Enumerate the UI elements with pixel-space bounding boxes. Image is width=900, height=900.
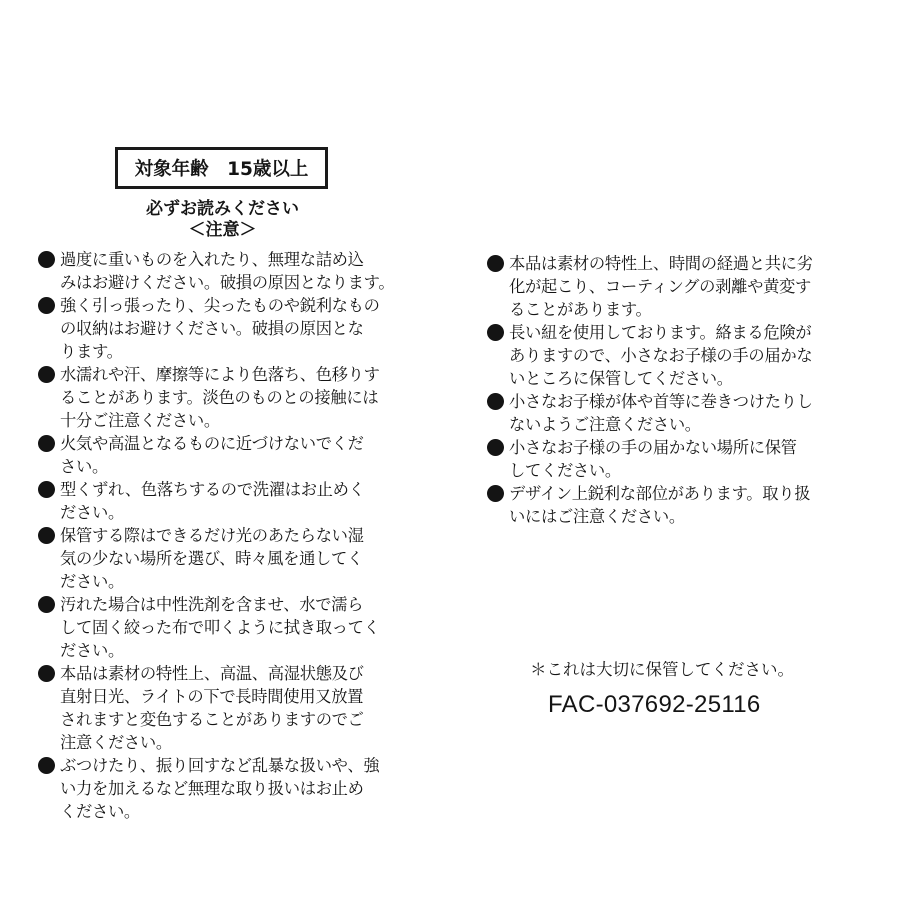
caution-line: 本品は素材の特性上、時間の経過と共に劣 [509,252,865,275]
caution-line: ぶつけたり、振り回すなど乱暴な扱いや、強 [60,754,423,777]
caution-line: 過度に重いものを入れたり、無理な詰め込 [60,248,423,271]
caution-heading: ＜注意＞ [100,219,345,241]
caution-item: 強く引っ張ったり、尖ったものや鋭利なもの の収納はお避けください。破損の原因とな… [38,294,423,363]
bullet-icon [38,665,55,682]
caution-line: ることがあります。淡色のものとの接触には [60,386,423,409]
caution-item: デザイン上鋭利な部位があります。取り扱 いにはご注意ください。 [487,482,865,528]
caution-line: 強く引っ張ったり、尖ったものや鋭利なもの [60,294,423,317]
caution-line: い力を加えるなど無理な取り扱いはお止め [60,777,423,800]
caution-line: 保管する際はできるだけ光のあたらない湿 [60,524,423,547]
caution-line: されますと変色することがありますのでご [60,708,423,731]
caution-item: 汚れた場合は中性洗剤を含ませ、水で濡ら して固く絞った布で叩くように拭き取ってく… [38,593,423,662]
caution-item: ぶつけたり、振り回すなど乱暴な扱いや、強 い力を加えるなど無理な取り扱いはお止め… [38,754,423,823]
caution-line: いにはご注意ください。 [509,505,865,528]
bullet-icon [487,255,504,272]
caution-item: 保管する際はできるだけ光のあたらない湿 気の少ない場所を選び、時々風を通してく … [38,524,423,593]
caution-line: 十分ご注意ください。 [60,409,423,432]
caution-item: 火気や高温となるものに近づけないでくだ さい。 [38,432,423,478]
caution-line: さい。 [60,455,423,478]
caution-item: 小さなお子様が体や首等に巻きつけたりし ないようご注意ください。 [487,390,865,436]
caution-line: 本品は素材の特性上、高温、高湿状態及び [60,662,423,685]
caution-line: してください。 [509,459,865,482]
caution-line: ります。 [60,340,423,363]
bullet-icon [38,527,55,544]
caution-item: 本品は素材の特性上、時間の経過と共に劣 化が起こり、コーティングの剥離や黄変す … [487,252,865,321]
caution-line: 注意ください。 [60,731,423,754]
bullet-icon [38,297,55,314]
caution-line: ることがあります。 [509,298,865,321]
caution-item: 本品は素材の特性上、高温、高湿状態及び 直射日光、ライトの下で長時間使用又放置 … [38,662,423,754]
bullet-icon [487,485,504,502]
product-code: FAC-037692-25116 [548,690,761,720]
caution-line: ださい。 [60,639,423,662]
bullet-icon [38,757,55,774]
caution-line: ないようご注意ください。 [509,413,865,436]
caution-line: ださい。 [60,570,423,593]
caution-line: 火気や高温となるものに近づけないでくだ [60,432,423,455]
caution-line: ください。 [60,800,423,823]
caution-item: 長い紐を使用しております。絡まる危険が ありますので、小さなお子様の手の届かな … [487,321,865,390]
caution-line: して固く絞った布で叩くように拭き取ってく [60,616,423,639]
bullet-icon [487,393,504,410]
caution-line: 化が起こり、コーティングの剥離や黄変す [509,275,865,298]
bullet-icon [38,435,55,452]
bullet-icon [38,251,55,268]
must-read-heading: 必ずお読みください [100,198,345,220]
bullet-icon [38,596,55,613]
caution-item: 過度に重いものを入れたり、無理な詰め込 みはお避けください。破損の原因となります… [38,248,423,294]
caution-item: 型くずれ、色落ちするので洗濯はお止めく ださい。 [38,478,423,524]
caution-line: デザイン上鋭利な部位があります。取り扱 [509,482,865,505]
caution-line: 直射日光、ライトの下で長時間使用又放置 [60,685,423,708]
caution-item: 水濡れや汗、摩擦等により色落ち、色移りす ることがあります。淡色のものとの接触に… [38,363,423,432]
caution-line: 水濡れや汗、摩擦等により色落ち、色移りす [60,363,423,386]
caution-list-left: 過度に重いものを入れたり、無理な詰め込 みはお避けください。破損の原因となります… [38,248,423,823]
caution-line: 汚れた場合は中性洗剤を含ませ、水で濡ら [60,593,423,616]
keep-this-note: ＊これは大切に保管してください。 [530,659,794,681]
caution-line: ありますので、小さなお子様の手の届かな [509,344,865,367]
caution-line: いところに保管してください。 [509,367,865,390]
bullet-icon [487,324,504,341]
caution-line: の収納はお避けください。破損の原因とな [60,317,423,340]
caution-line: 小さなお子様が体や首等に巻きつけたりし [509,390,865,413]
bullet-icon [487,439,504,456]
bullet-icon [38,366,55,383]
caution-line: みはお避けください。破損の原因となります。 [60,271,423,294]
caution-line: ださい。 [60,501,423,524]
bullet-icon [38,481,55,498]
caution-line: 小さなお子様の手の届かない場所に保管 [509,436,865,459]
caution-line: 気の少ない場所を選び、時々風を通してく [60,547,423,570]
age-rating-box: 対象年齢 15歳以上 [115,147,328,189]
caution-list-right: 本品は素材の特性上、時間の経過と共に劣 化が起こり、コーティングの剥離や黄変す … [487,252,865,528]
caution-line: 型くずれ、色落ちするので洗濯はお止めく [60,478,423,501]
age-rating-label: 対象年齢 15歳以上 [135,155,309,181]
caution-item: 小さなお子様の手の届かない場所に保管 してください。 [487,436,865,482]
caution-line: 長い紐を使用しております。絡まる危険が [509,321,865,344]
